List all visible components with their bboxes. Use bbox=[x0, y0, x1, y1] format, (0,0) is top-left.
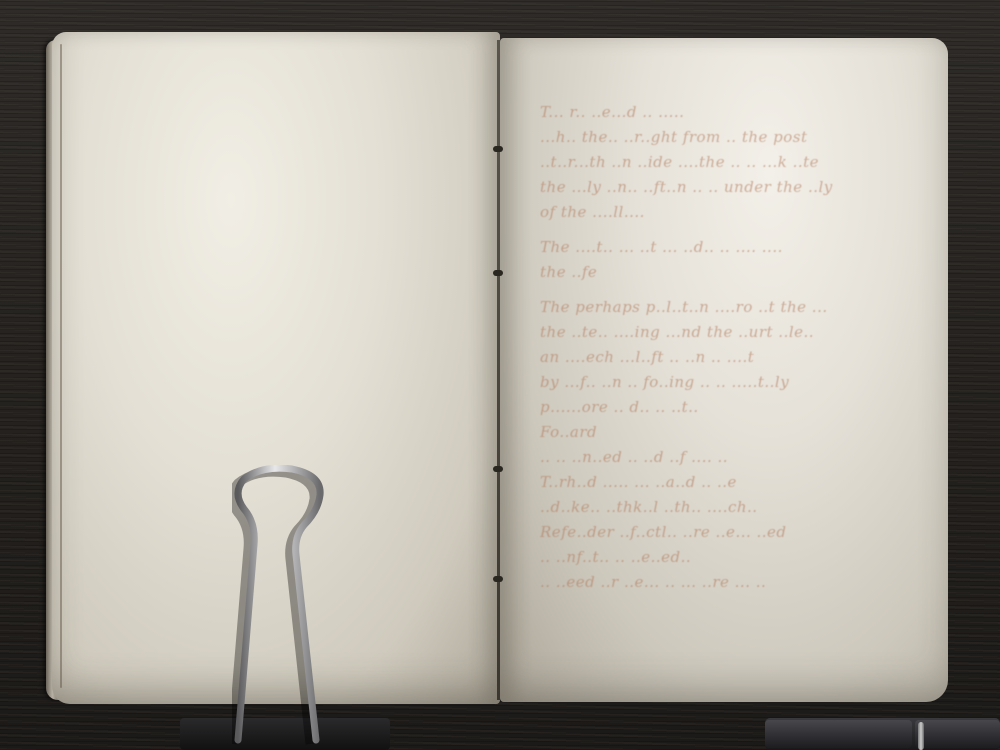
clip-segment bbox=[765, 720, 837, 748]
second-binder-clip-wire bbox=[918, 722, 924, 750]
handwriting-line: of the ....ll.... bbox=[540, 200, 910, 225]
handwriting-line: T..rh..d ..... ... ..a..d .. ..e bbox=[540, 470, 910, 495]
handwriting-line: ...h.. the.. ..r..ght from .. the post bbox=[540, 125, 910, 150]
handwriting-line: the ...ly ..n.. ..ft..n .. .. under the … bbox=[540, 175, 910, 200]
handwriting-line: the ..te.. ....ing ...nd the ..urt ..le.… bbox=[540, 320, 910, 345]
clip-segment bbox=[915, 720, 1000, 748]
handwriting-line: Refe..der ..f..ctl.. ..re ..e... ..ed bbox=[540, 520, 910, 545]
handwriting-line: The perhaps p..l..t..n ....ro ..t the ..… bbox=[540, 295, 910, 320]
faded-handwriting-text: T... r.. ..e...d .. ..... ...h.. the.. .… bbox=[540, 100, 910, 595]
binding-stitch bbox=[493, 466, 503, 472]
clip-segment bbox=[832, 720, 912, 748]
page-edge-line bbox=[60, 44, 62, 688]
handwriting-line: ..t..r...th ..n ..ide ....the .. .. ...k… bbox=[540, 150, 910, 175]
binding-stitch bbox=[493, 270, 503, 276]
handwriting-line: .. .. ..n..ed .. ..d ..f .... .. bbox=[540, 445, 910, 470]
handwriting-line: p......ore .. d.. .. ..t.. bbox=[540, 395, 910, 420]
handwriting-line: the ..fe bbox=[540, 260, 910, 285]
handwriting-line: ..d..ke.. ..thk..l ..th.. ....ch.. bbox=[540, 495, 910, 520]
photo-scene: T... r.. ..e...d .. ..... ...h.. the.. .… bbox=[0, 0, 1000, 750]
handwriting-line: an ....ech ...l..ft .. ..n .. ....t bbox=[540, 345, 910, 370]
handwriting-line: by ...f.. ..n .. fo..ing .. .. .....t..l… bbox=[540, 370, 910, 395]
handwriting-line: T... r.. ..e...d .. ..... bbox=[540, 100, 910, 125]
binding-stitch bbox=[493, 146, 503, 152]
binder-clip-handle-icon bbox=[232, 465, 324, 745]
handwriting-line: .. ..eed ..r ..e... .. ... ..re ... .. bbox=[540, 570, 910, 595]
notebook-spine-fold bbox=[497, 40, 500, 700]
handwriting-line: Fo..ard bbox=[540, 420, 910, 445]
handwriting-line: .. ..nf..t.. .. ..e..ed.. bbox=[540, 545, 910, 570]
handwriting-line: The ....t.. ... ..t ... ..d.. .. .... ..… bbox=[540, 235, 910, 260]
binding-stitch bbox=[493, 576, 503, 582]
